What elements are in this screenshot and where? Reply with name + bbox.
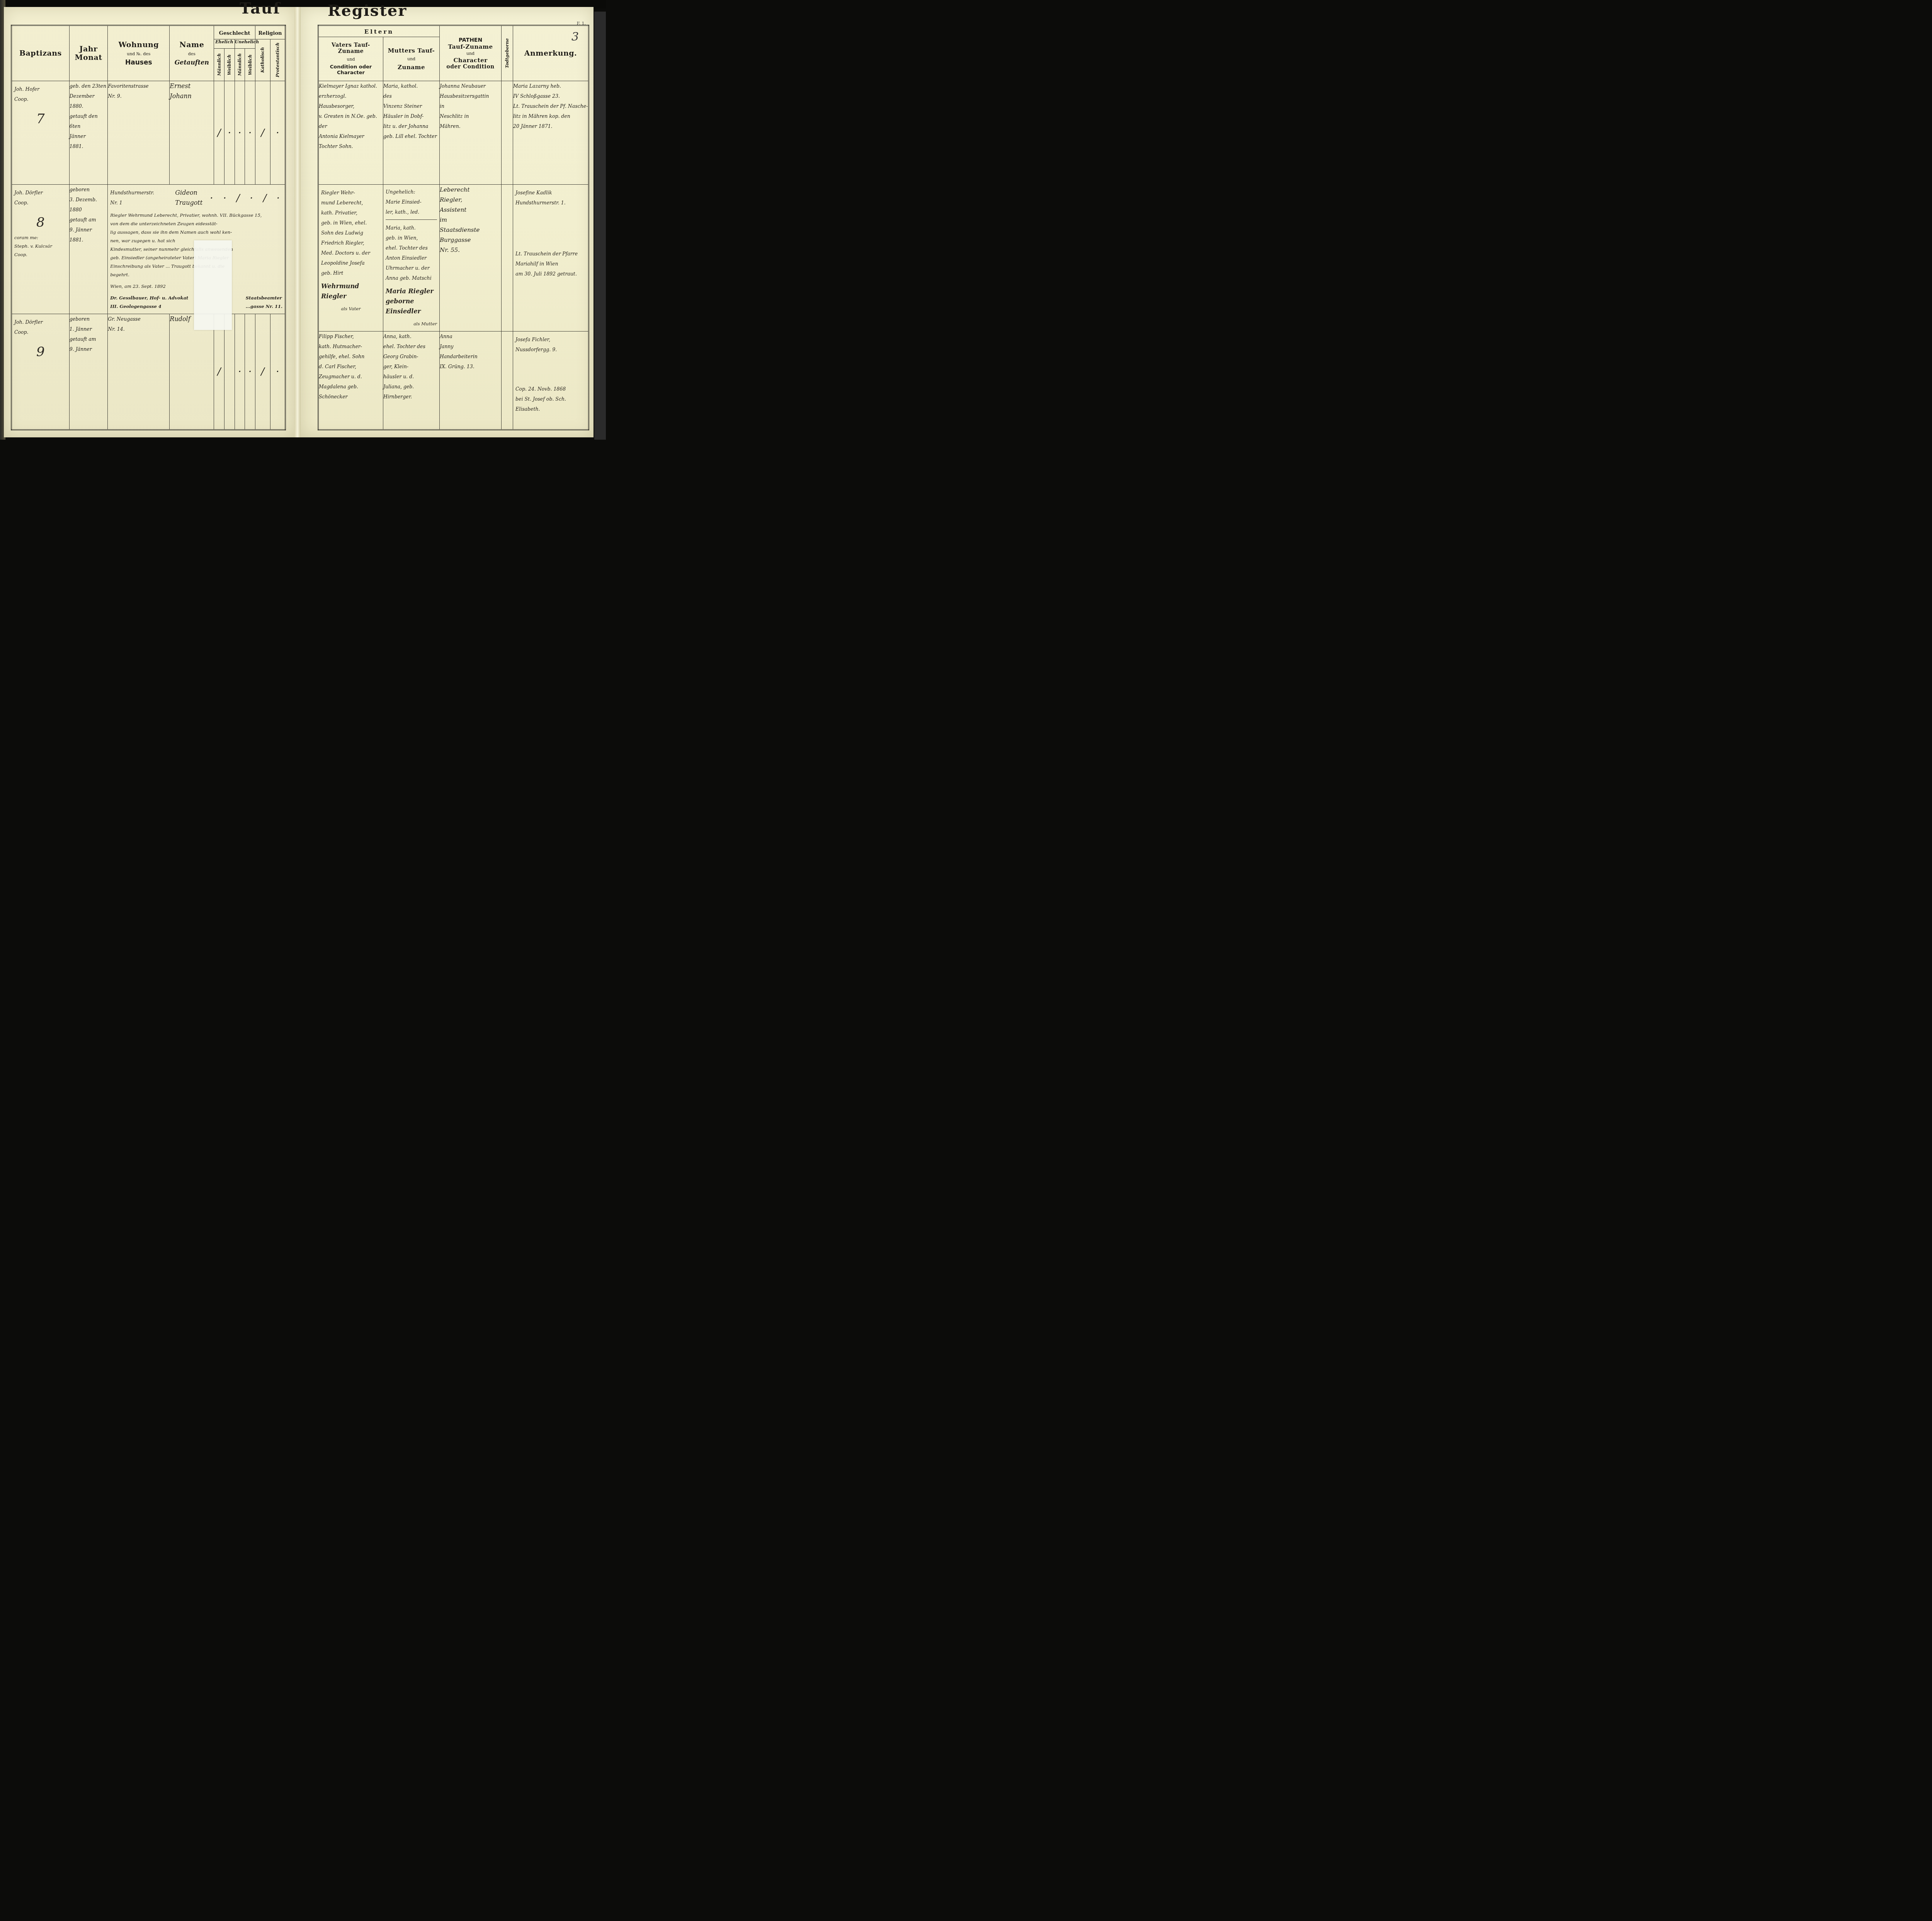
entry-number: 8 bbox=[12, 215, 69, 230]
mark-katholisch: / bbox=[255, 314, 270, 430]
mark-unehelich-maennlich: / bbox=[236, 192, 240, 211]
entry-anmerkung: Maria Lazarny heb. IV Schloßgasse 23. Lt… bbox=[513, 81, 589, 185]
vater-signature: Wehrmund Riegler bbox=[319, 281, 383, 304]
mark-unehelich-maennlich: · bbox=[235, 81, 245, 185]
witness-signature-1: Dr. Gesslbauer, Hof- u. Advokat III. Geo… bbox=[108, 291, 190, 314]
mark-ehelich-maennlich: · bbox=[210, 192, 213, 211]
header-unehelich-weiblich: Weiblich bbox=[245, 49, 255, 81]
entry-anmerkung: Josefa Fichler, Nussdorfergg. 9. Cop. 24… bbox=[513, 331, 589, 430]
mark-katholisch: / bbox=[255, 81, 270, 185]
entry-vater: Filipp Fischer, kath. Hutmacher- gehilfe… bbox=[318, 331, 383, 430]
mark-ehelich-weiblich: · bbox=[224, 81, 235, 185]
entry-baptizans: Joh. Hofer Coop. 7 bbox=[12, 81, 70, 185]
header-todtgeborne: Todtgeborne bbox=[502, 25, 513, 81]
anmerkung-marriage-note: Cop. 24. Novb. 1868 bei St. Josef ob. Sc… bbox=[513, 381, 588, 417]
entry-todtgeborne bbox=[502, 185, 513, 331]
mark-unehelich-weiblich: · bbox=[245, 81, 255, 185]
entry-mutter: Maria, kathol. des Vinzenz Steiner Häusl… bbox=[383, 81, 440, 185]
entry-baptizans: Joh. Dörfler Coop. 9 bbox=[12, 314, 70, 430]
entry-wohnung: Favoritenstrasse Nr. 9. bbox=[108, 81, 170, 185]
header-ehelich: Ehelich bbox=[214, 39, 235, 49]
pasted-paper-slip bbox=[194, 240, 232, 330]
entry-wohnung: Hundsthurmerstr. Nr. 1 bbox=[108, 185, 173, 211]
mark-protestantisch: · bbox=[270, 314, 285, 430]
header-unehelich: Unehelich bbox=[235, 39, 255, 49]
entry-row: Joh. Dörfler Coop. 8 coram me: Steph. v.… bbox=[12, 185, 286, 314]
header-jahr-monat: Jahr Monat bbox=[69, 25, 108, 81]
entry-pathen: Anna Janny Handarbeiterin IX. Grüng. 13. bbox=[440, 331, 502, 430]
header-anmerkung: Anmerkung. bbox=[513, 25, 589, 81]
entry-todtgeborne bbox=[502, 81, 513, 185]
entry-number: 7 bbox=[12, 111, 69, 127]
header-vater: Vaters Tauf-Zuname und Condition oder Ch… bbox=[318, 37, 383, 81]
mark-ehelich-maennlich: / bbox=[214, 81, 224, 185]
mark-protestantisch: · bbox=[277, 192, 280, 211]
header-mutter: Mutters Tauf- und Zuname bbox=[383, 37, 440, 81]
entry-mutter: Anna, kath. ehel. Tochter des Georg Grab… bbox=[383, 331, 440, 430]
coram-note: coram me: Steph. v. Kulcsár Coop. bbox=[12, 230, 69, 262]
header-wohnung: Wohnung und №. des Hauses bbox=[108, 25, 170, 81]
entry-name: Gideon Traugott bbox=[173, 185, 205, 211]
mutter-signature-role: als Mutter bbox=[383, 320, 439, 331]
entry-todtgeborne bbox=[502, 331, 513, 430]
entry-row: Filipp Fischer, kath. Hutmacher- gehilfe… bbox=[318, 331, 589, 430]
header-pathen: PATHEN Tauf-Zuname und Character oder Co… bbox=[440, 25, 502, 81]
header-unehelich-maennlich: Männlich bbox=[235, 49, 245, 81]
entry-date: geboren 3. Dezemb. 1880 getauft am 9. Jä… bbox=[69, 185, 108, 314]
mutter-original-entry: Ungehelich: Marie Einsied- ler, kath., l… bbox=[386, 185, 437, 220]
header-ehelich-maennlich: Männlich bbox=[214, 49, 224, 81]
entry-row: Joh. Hofer Coop. 7 geb. den 23ten Dezemb… bbox=[12, 81, 286, 185]
anmerkung-marriage-note: Lt. Trauschein der Pfarre Mariahilf in W… bbox=[513, 246, 588, 282]
entry-row: Kielmayer Ignaz kathol. erzherzogl. Haus… bbox=[318, 81, 589, 185]
mark-protestantisch: · bbox=[270, 81, 285, 185]
header-baptizans: Baptizans bbox=[12, 25, 70, 81]
entry-vater: Riegler Wehr- mund Leberecht, kath. Priv… bbox=[318, 185, 383, 331]
entry-mutter: Ungehelich: Marie Einsied- ler, kath., l… bbox=[383, 185, 440, 331]
header-ehelich-weiblich: Weiblich bbox=[224, 49, 235, 81]
mark-ehelich-maennlich: / bbox=[214, 314, 224, 430]
header-religion: Religion bbox=[255, 25, 285, 39]
entry-date: geb. den 23ten Dezember 1880. getauft de… bbox=[69, 81, 108, 185]
mutter-signature: Maria Riegler geborne Einsiedler bbox=[383, 286, 439, 320]
mark-katholisch: / bbox=[263, 192, 267, 211]
entry-baptizans: Joh. Dörfler Coop. 8 coram me: Steph. v.… bbox=[12, 185, 70, 314]
left-register-table: Baptizans Jahr Monat Wohnung und №. des … bbox=[11, 25, 286, 430]
entry-pathen: Johanna Neubauer Hausbesitzersgattin in … bbox=[440, 81, 502, 185]
right-register-table: Eltern PATHEN Tauf-Zuname und Character … bbox=[318, 25, 589, 430]
vater-signature-role: als Vater bbox=[319, 304, 383, 316]
mark-ehelich-weiblich: · bbox=[223, 192, 226, 211]
mark-unehelich-weiblich: · bbox=[250, 192, 253, 211]
mark-ehelich-weiblich bbox=[224, 314, 235, 430]
header-katholisch: Katholisch bbox=[255, 39, 270, 81]
header-geschlecht: Geschlecht bbox=[214, 25, 255, 39]
header-eltern: Eltern bbox=[318, 25, 440, 37]
entry-row: Joh. Dörfler Coop. 9 geboren 1. Jänner g… bbox=[12, 314, 286, 430]
entry-date: geboren 1. Jänner getauft am 9. Jänner bbox=[69, 314, 108, 430]
book-cover-right-edge bbox=[594, 12, 606, 440]
title-right-fragment: Register bbox=[328, 3, 407, 19]
book-spine bbox=[294, 7, 301, 437]
entry-pathen: Leberecht Riegler, Assistent im Staatsdi… bbox=[440, 185, 502, 331]
entry-vater: Kielmayer Ignaz kathol. erzherzogl. Haus… bbox=[318, 81, 383, 185]
mark-unehelich-maennlich: · bbox=[235, 314, 245, 430]
header-name: Name des Getauften bbox=[170, 25, 214, 81]
entry-name: Rudolf bbox=[170, 314, 214, 430]
entry-wohnung: Gr. Neugasse Nr. 14. bbox=[108, 314, 170, 430]
entry-anmerkung: Josefine Kadlik Hundsthurmerstr. 1. Lt. … bbox=[513, 185, 589, 331]
title-left-fragment: Tauf bbox=[240, 1, 281, 16]
header-protestantisch: Protestantisch bbox=[270, 39, 285, 81]
register-spread: Tauf Register F. 1. 3 Baptizans Jahr Mon… bbox=[0, 0, 606, 440]
witness-signature-2: Staatsbeamter ...gasse Nr. 11. bbox=[243, 291, 285, 314]
mark-unehelich-weiblich: · bbox=[245, 314, 255, 430]
entry-row: Riegler Wehr- mund Leberecht, kath. Priv… bbox=[318, 185, 589, 331]
entry-name: Ernest Johann bbox=[170, 81, 214, 185]
entry-number: 9 bbox=[12, 344, 69, 360]
